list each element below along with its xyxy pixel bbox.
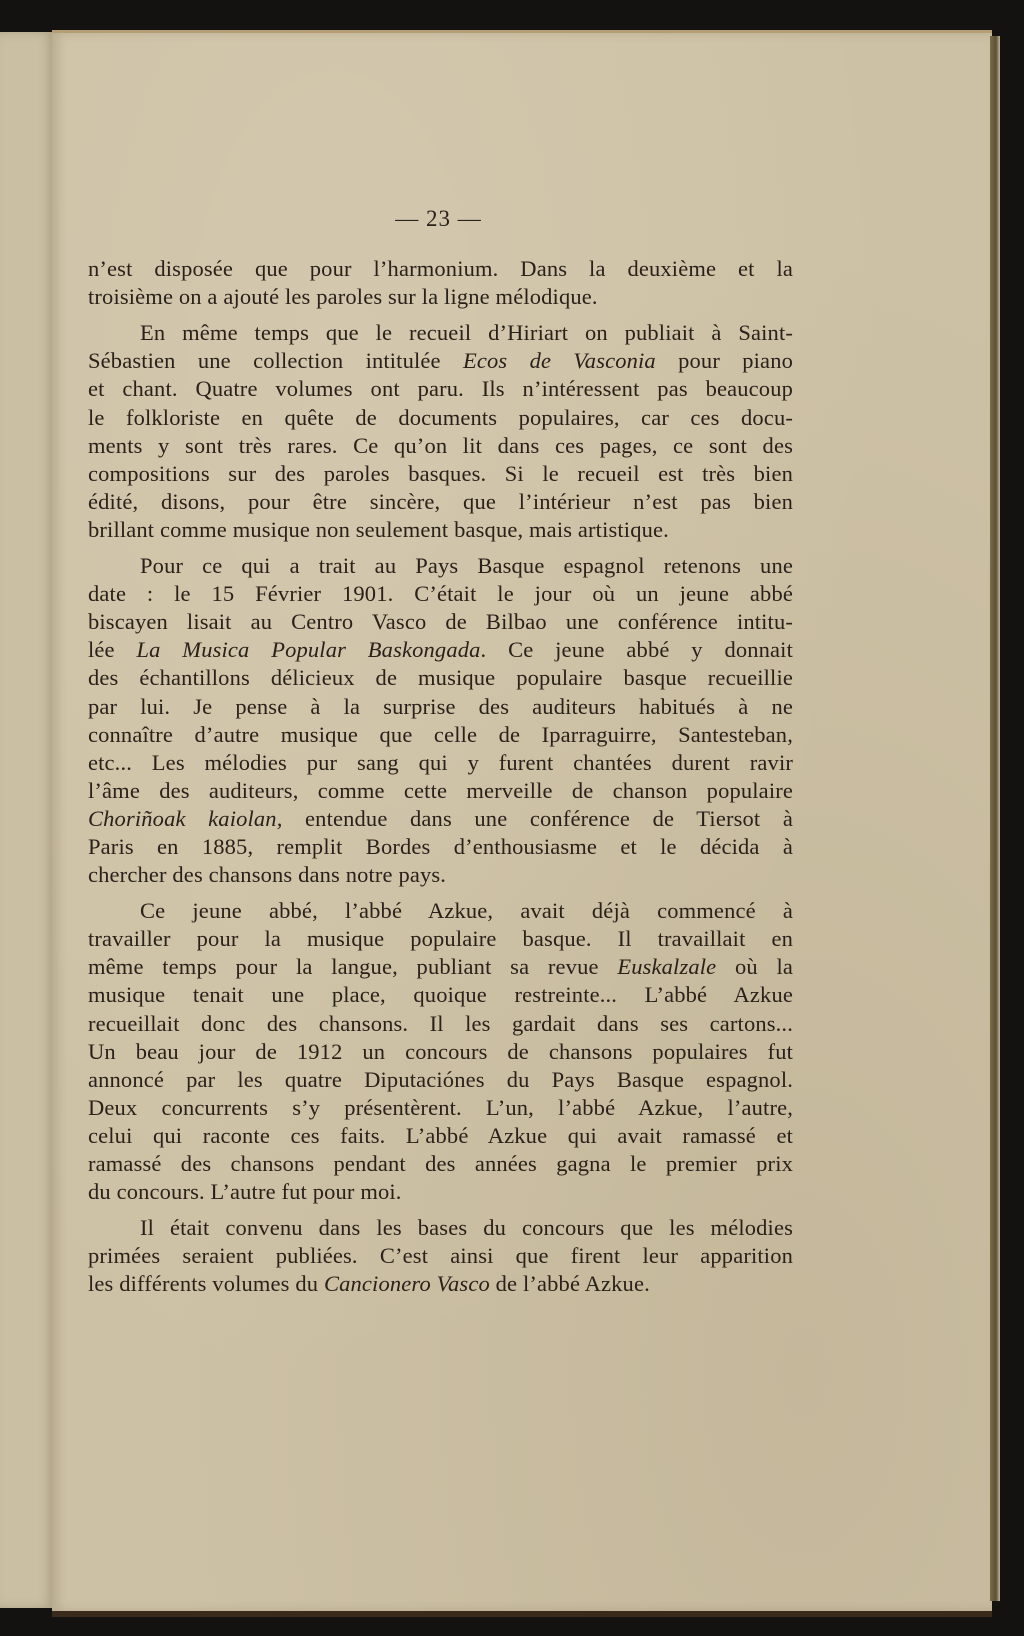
text-line: chercher des chansons dans notre pays.	[88, 861, 793, 889]
page-text: — 23 — n’est disposée que pour l’harmoni…	[88, 205, 793, 1306]
text-line: Il était convenu dans les bases du conco…	[88, 1214, 793, 1242]
text-line: l’âme des auditeurs, comme cette merveil…	[88, 777, 793, 805]
text-line: biscayen lisait au Centro Vasco de Bilba…	[88, 608, 793, 636]
text-line: les différents volumes du Cancionero Vas…	[88, 1270, 793, 1298]
text-line: par lui. Je pense à la surprise des audi…	[88, 693, 793, 721]
text-line: le folkloriste en quête de documents pop…	[88, 404, 793, 432]
text-line: recueillait donc des chansons. Il les ga…	[88, 1010, 793, 1038]
paragraph: Ce jeune abbé, l’abbé Azkue, avait déjà …	[88, 897, 793, 1206]
text-line: travailler pour la musique populaire bas…	[88, 925, 793, 953]
text-line: ramassé des chansons pendant des années …	[88, 1150, 793, 1178]
page-number: — 23 —	[84, 205, 793, 233]
text-line: Un beau jour de 1912 un concours de chan…	[88, 1038, 793, 1066]
text-line: Choriñoak kaiolan, entendue dans une con…	[88, 805, 793, 833]
text-line: Deux concurrents s’y présentèrent. L’un,…	[88, 1094, 793, 1122]
text-line: des échantillons délicieux de musique po…	[88, 664, 793, 692]
text-line: Pour ce qui a trait au Pays Basque espag…	[88, 552, 793, 580]
paragraph: n’est disposée que pour l’harmonium. Dan…	[88, 255, 793, 311]
text-line: lée La Musica Popular Baskongada. Ce jeu…	[88, 636, 793, 664]
text-line: primées seraient publiées. C’est ainsi q…	[88, 1242, 793, 1270]
text-line: celui qui raconte ces faits. L’abbé Azku…	[88, 1122, 793, 1150]
text-line: même temps pour la langue, publiant sa r…	[88, 953, 793, 981]
text-line: connaître d’autre musique que celle de I…	[88, 721, 793, 749]
text-line: annoncé par les quatre Diputaciónes du P…	[88, 1066, 793, 1094]
paragraph: Il était convenu dans les bases du conco…	[88, 1214, 793, 1298]
page-stack-edge	[990, 36, 1000, 1601]
text-line: ments y sont très rares. Ce qu’on lit da…	[88, 432, 793, 460]
text-line: date : le 15 Février 1901. C’était le jo…	[88, 580, 793, 608]
text-line: compositions sur des paroles basques. Si…	[88, 460, 793, 488]
body-paragraphs: n’est disposée que pour l’harmonium. Dan…	[88, 255, 793, 1298]
facing-page-edge	[0, 32, 56, 1608]
text-line: En même temps que le recueil d’Hiriart o…	[88, 319, 793, 347]
italic-title: Euskalzale	[617, 954, 716, 979]
text-line: Sébastien une collection intitulée Ecos …	[88, 347, 793, 375]
paragraph: Pour ce qui a trait au Pays Basque espag…	[88, 552, 793, 889]
text-line: Paris en 1885, remplit Bordes d’enthousi…	[88, 833, 793, 861]
text-line: n’est disposée que pour l’harmonium. Dan…	[88, 255, 793, 283]
italic-title: Cancionero Vasco	[324, 1271, 490, 1296]
text-line: édité, disons, pour être sincère, que l’…	[88, 488, 793, 516]
italic-title: La Musica Popular Baskongada	[136, 637, 480, 662]
text-line: et chant. Quatre volumes ont paru. Ils n…	[88, 375, 793, 403]
italic-title: Choriñoak kaiolan,	[88, 806, 282, 831]
text-line: troisième on a ajouté les paroles sur la…	[88, 283, 793, 311]
text-line: Ce jeune abbé, l’abbé Azkue, avait déjà …	[88, 897, 793, 925]
text-line: etc... Les mélodies pur sang qui y furen…	[88, 749, 793, 777]
paragraph: En même temps que le recueil d’Hiriart o…	[88, 319, 793, 544]
text-line: musique tenait une place, quoique restre…	[88, 981, 793, 1009]
text-line: du concours. L’autre fut pour moi.	[88, 1178, 793, 1206]
italic-title: Ecos de Vasconia	[463, 348, 656, 373]
text-line: brillant comme musique non seulement bas…	[88, 516, 793, 544]
